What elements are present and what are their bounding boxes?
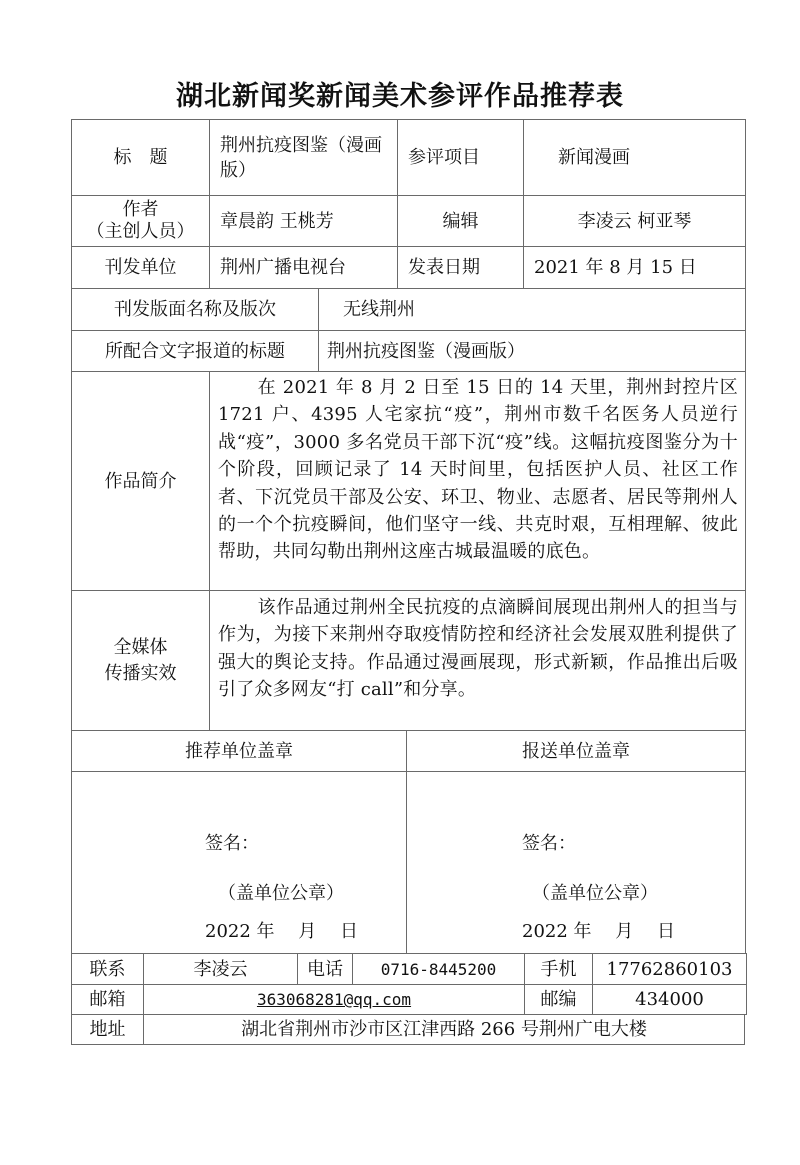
mobile-label: 手机 bbox=[541, 957, 577, 982]
email-value-cell: 363068281@qq.com bbox=[143, 984, 525, 1015]
postcode-value-cell: 434000 bbox=[592, 984, 747, 1015]
mobile-value: 17762860103 bbox=[607, 957, 733, 982]
summary-label-cell: 作品简介 bbox=[71, 371, 210, 591]
recommend-stamp-note: （盖单位公章） bbox=[218, 879, 344, 905]
submit-date-line: 2022 年 月 日 bbox=[522, 917, 675, 943]
author-label-cell: 作者 （主创人员） bbox=[71, 195, 210, 247]
publisher-value-cell: 荆州广播电视台 bbox=[209, 246, 398, 289]
related-title-label: 所配合文字报道的标题 bbox=[105, 339, 285, 364]
contact-label-cell: 联系 bbox=[71, 953, 144, 985]
edition-label-cell: 刊发版面名称及版次 bbox=[71, 288, 319, 331]
summary-label: 作品简介 bbox=[105, 469, 177, 494]
author-value-cell: 章晨韵 王桃芳 bbox=[209, 195, 398, 247]
editor-label-cell: 编辑 bbox=[397, 195, 524, 247]
document-title: 湖北新闻奖新闻美术参评作品推荐表 bbox=[0, 74, 800, 113]
editor-value-cell: 李凌云 柯亚琴 bbox=[523, 195, 746, 247]
phone-label-cell: 电话 bbox=[297, 953, 353, 985]
pubdate-value-cell: 2021 年 8 月 15 日 bbox=[523, 246, 746, 289]
phone-label: 电话 bbox=[307, 957, 343, 982]
pubdate-label-cell: 发表日期 bbox=[397, 246, 524, 289]
address-value: 湖北省荆州市沙市区江津西路 266 号荆州广电大楼 bbox=[241, 1017, 647, 1042]
contact-value-cell: 李凌云 bbox=[143, 953, 298, 985]
contact-value: 李凌云 bbox=[194, 957, 248, 982]
publisher-value: 荆州广播电视台 bbox=[220, 255, 346, 280]
related-title-value: 荆州抗疫图鉴（漫画版） bbox=[327, 339, 525, 364]
category-label: 参评项目 bbox=[408, 145, 480, 170]
related-title-label-cell: 所配合文字报道的标题 bbox=[71, 330, 319, 372]
publisher-label-cell: 刊发单位 bbox=[71, 246, 210, 289]
edition-label: 刊发版面名称及版次 bbox=[114, 297, 276, 322]
effect-label-cell: 全媒体 传播实效 bbox=[71, 590, 210, 731]
pubdate-value: 2021 年 8 月 15 日 bbox=[534, 255, 697, 280]
postcode-label: 邮编 bbox=[541, 987, 577, 1012]
recommend-seal-header-cell: 推荐单位盖章 bbox=[71, 730, 407, 772]
category-label-cell: 参评项目 bbox=[397, 119, 524, 196]
editor-label: 编辑 bbox=[443, 209, 479, 234]
email-link[interactable]: 363068281@qq.com bbox=[257, 987, 411, 1012]
category-value: 新闻漫画 bbox=[558, 145, 630, 170]
author-label-line1: 作者 bbox=[123, 199, 159, 221]
email-label-cell: 邮箱 bbox=[71, 984, 144, 1015]
editor-value: 李凌云 柯亚琴 bbox=[578, 209, 692, 234]
effect-label-line1: 全媒体 bbox=[114, 635, 168, 661]
pubdate-label: 发表日期 bbox=[408, 255, 480, 280]
category-value-cell: 新闻漫画 bbox=[523, 119, 746, 196]
effect-text: 该作品通过荆州全民抗疫的点滴瞬间展现出荆州人的担当与作为，为接下来荆州夺取疫情防… bbox=[218, 594, 738, 704]
postcode-value: 434000 bbox=[635, 987, 704, 1012]
submit-sign-label: 签名： bbox=[522, 829, 576, 855]
summary-text: 在 2021 年 8 月 2 日至 15 日的 14 天里，荆州封控片区 172… bbox=[218, 374, 738, 566]
title-label: 标 题 bbox=[114, 145, 168, 170]
contact-label: 联系 bbox=[90, 957, 126, 982]
title-value: 荆州抗疫图鉴（漫画版） bbox=[220, 133, 393, 183]
mobile-value-cell: 17762860103 bbox=[592, 953, 747, 985]
mobile-label-cell: 手机 bbox=[524, 953, 593, 985]
submit-seal-header-cell: 报送单位盖章 bbox=[406, 730, 746, 772]
edition-value: 无线荆州 bbox=[343, 297, 415, 322]
email-label: 邮箱 bbox=[90, 987, 126, 1012]
phone-value: 0716-8445200 bbox=[381, 957, 497, 982]
address-label: 地址 bbox=[90, 1017, 126, 1042]
phone-value-cell: 0716-8445200 bbox=[352, 953, 525, 985]
author-value: 章晨韵 王桃芳 bbox=[220, 209, 334, 234]
related-title-value-cell: 荆州抗疫图鉴（漫画版） bbox=[318, 330, 746, 372]
recommend-sign-label: 签名： bbox=[205, 829, 259, 855]
submit-seal-header: 报送单位盖章 bbox=[522, 739, 630, 764]
address-label-cell: 地址 bbox=[71, 1014, 144, 1045]
address-value-cell: 湖北省荆州市沙市区江津西路 266 号荆州广电大楼 bbox=[143, 1014, 745, 1045]
recommend-seal-header: 推荐单位盖章 bbox=[185, 739, 293, 764]
effect-label-line2: 传播实效 bbox=[105, 661, 177, 687]
author-label-line2: （主创人员） bbox=[87, 221, 195, 243]
submit-stamp-note: （盖单位公章） bbox=[532, 879, 658, 905]
recommend-date-line: 2022 年 月 日 bbox=[205, 917, 358, 943]
edition-value-cell: 无线荆州 bbox=[318, 288, 746, 331]
postcode-label-cell: 邮编 bbox=[524, 984, 593, 1015]
title-label-cell: 标 题 bbox=[71, 119, 210, 196]
title-value-cell: 荆州抗疫图鉴（漫画版） bbox=[209, 119, 398, 196]
publisher-label: 刊发单位 bbox=[105, 255, 177, 280]
